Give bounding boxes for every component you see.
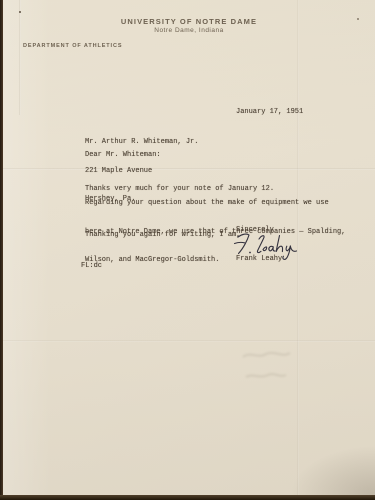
dust-speck	[19, 11, 21, 13]
letter-date: January 17, 1951	[236, 108, 303, 118]
bleedthrough-marks	[238, 345, 328, 400]
letterhead-location: Notre Dame, Indiana	[3, 27, 375, 34]
scan-edge-bottom	[0, 495, 375, 500]
salutation: Dear Mr. Whiteman:	[85, 151, 161, 161]
fold-crease-horizontal-lower	[3, 340, 375, 342]
body-line: Regarding your question about the make o…	[85, 199, 345, 209]
paper-shading-left	[3, 0, 63, 495]
scan-edge-left	[0, 0, 3, 500]
scanned-letter-photo: { "letterhead": { "university": "UNIVERS…	[0, 0, 375, 500]
recipient-name: Mr. Arthur R. Whiteman, Jr.	[85, 138, 198, 148]
letterhead-department: DEPARTMENT OF ATHLETICS	[23, 43, 122, 49]
body-paragraph: Thanking you again for writing, I am,	[85, 212, 240, 260]
typed-sender-name: Frank Leahy	[236, 255, 282, 265]
paper-shading-corner	[225, 415, 375, 495]
letterhead-university: UNIVERSITY OF NOTRE DAME	[3, 17, 375, 26]
typist-initials: FL:dc	[81, 262, 102, 272]
letter-paper: UNIVERSITY OF NOTRE DAME Notre Dame, Ind…	[3, 0, 375, 495]
body-line: Thanking you again for writing, I am,	[85, 231, 240, 241]
